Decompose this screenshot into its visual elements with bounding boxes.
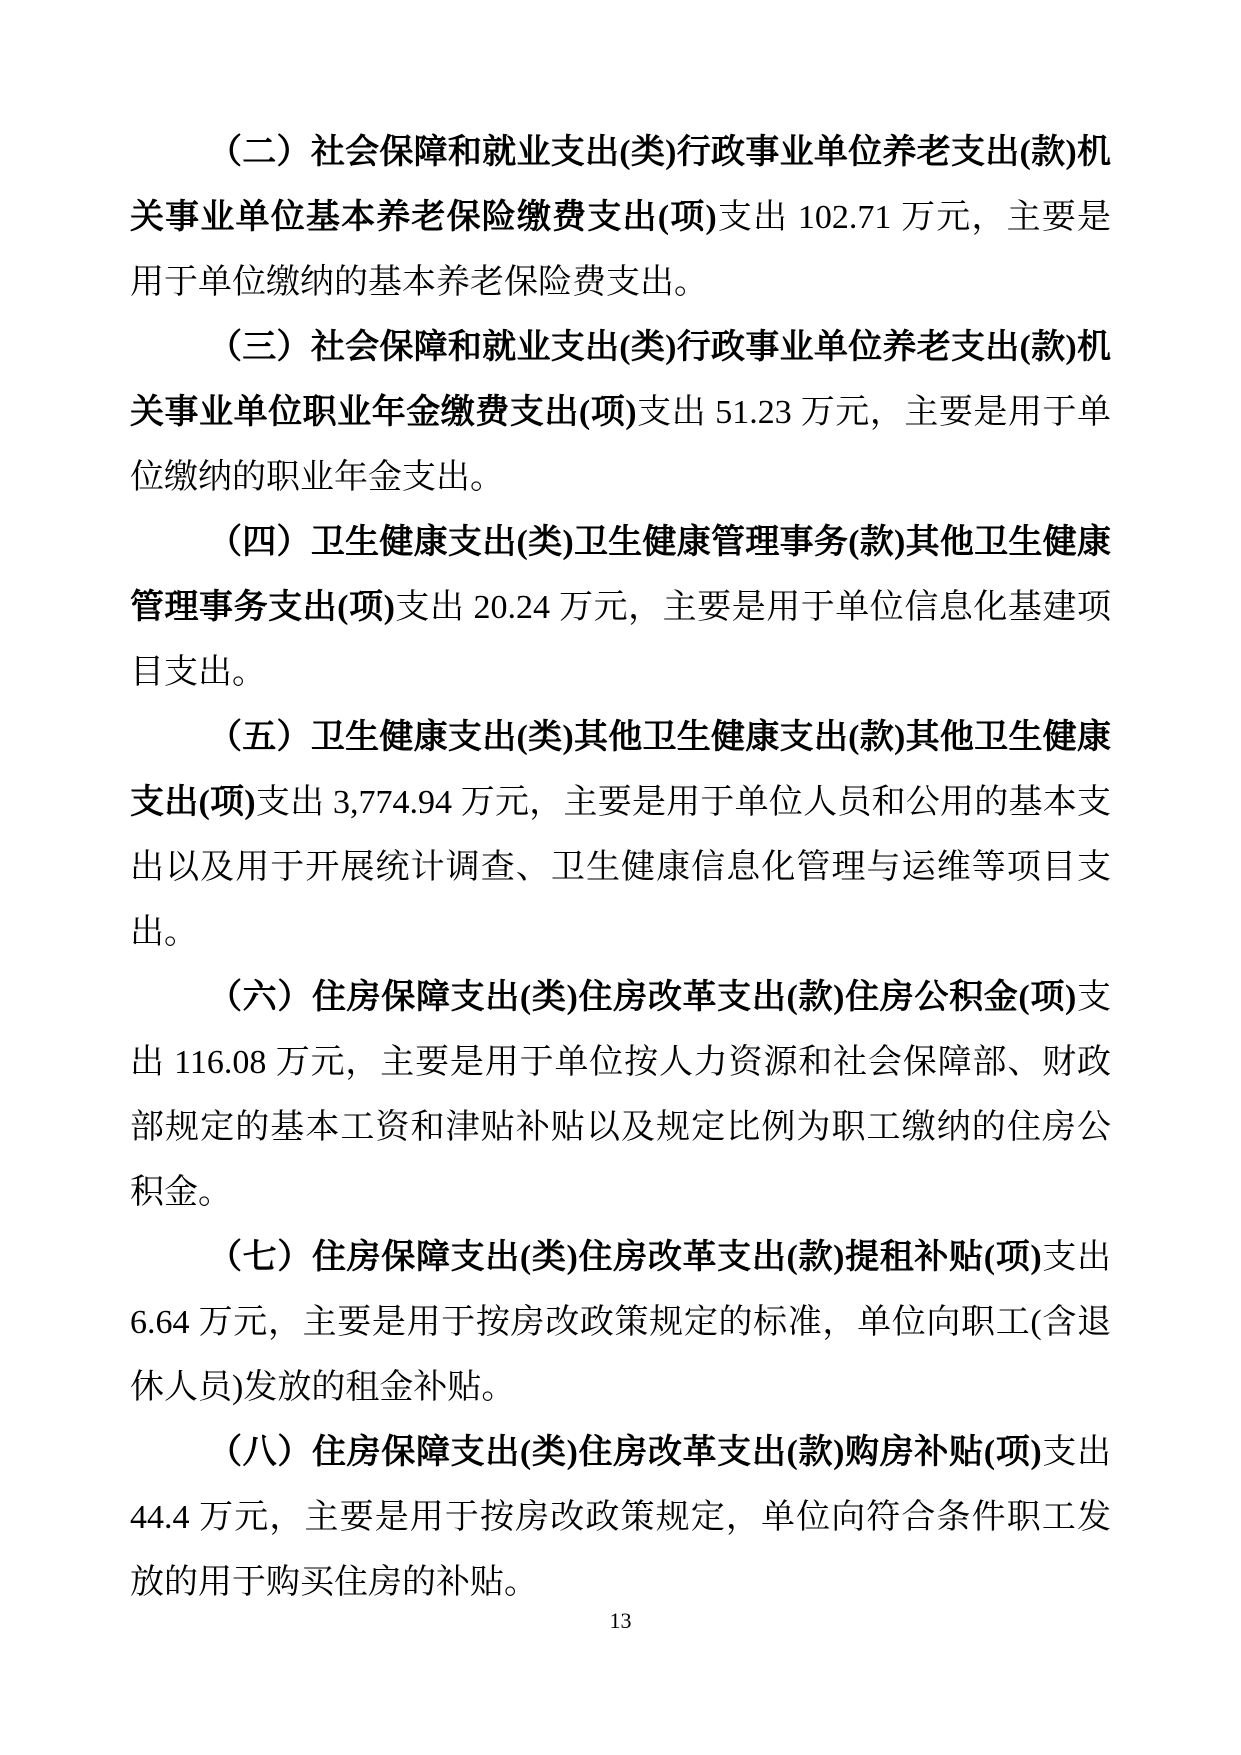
budget-item-paragraph-4: （四）卫生健康支出(类)卫生健康管理事务(款)其他卫生健康管理事务支出(项)支出… xyxy=(130,510,1111,705)
budget-item-paragraph-7: （七）住房保障支出(类)住房改革支出(款)提租补贴(项)支出 6.64 万元，主… xyxy=(130,1225,1111,1420)
document-page: （二）社会保障和就业支出(类)行政事业单位养老支出(款)机关事业单位基本养老保险… xyxy=(0,0,1241,1755)
page-content: （二）社会保障和就业支出(类)行政事业单位养老支出(款)机关事业单位基本养老保险… xyxy=(130,120,1111,1615)
budget-item-paragraph-2: （二）社会保障和就业支出(类)行政事业单位养老支出(款)机关事业单位基本养老保险… xyxy=(130,120,1111,315)
budget-item-heading: （六）住房保障支出(类)住房改革支出(款)住房公积金(项) xyxy=(208,979,1076,1016)
budget-item-heading: （八）住房保障支出(类)住房改革支出(款)购房补贴(项) xyxy=(208,1434,1042,1471)
budget-item-paragraph-3: （三）社会保障和就业支出(类)行政事业单位养老支出(款)机关事业单位职业年金缴费… xyxy=(130,315,1111,510)
budget-item-paragraph-8: （八）住房保障支出(类)住房改革支出(款)购房补贴(项)支出 44.4 万元，主… xyxy=(130,1420,1111,1615)
budget-item-heading: （七）住房保障支出(类)住房改革支出(款)提租补贴(项) xyxy=(208,1239,1042,1276)
budget-item-paragraph-6: （六）住房保障支出(类)住房改革支出(款)住房公积金(项)支出 116.08 万… xyxy=(130,965,1111,1225)
budget-item-paragraph-5: （五）卫生健康支出(类)其他卫生健康支出(款)其他卫生健康支出(项)支出 3,7… xyxy=(130,705,1111,965)
budget-item-description: 支出 3,774.94 万元，主要是用于单位人员和公用的基本支出以及用于开展统计… xyxy=(130,784,1111,951)
page-number: 13 xyxy=(0,1606,1241,1636)
